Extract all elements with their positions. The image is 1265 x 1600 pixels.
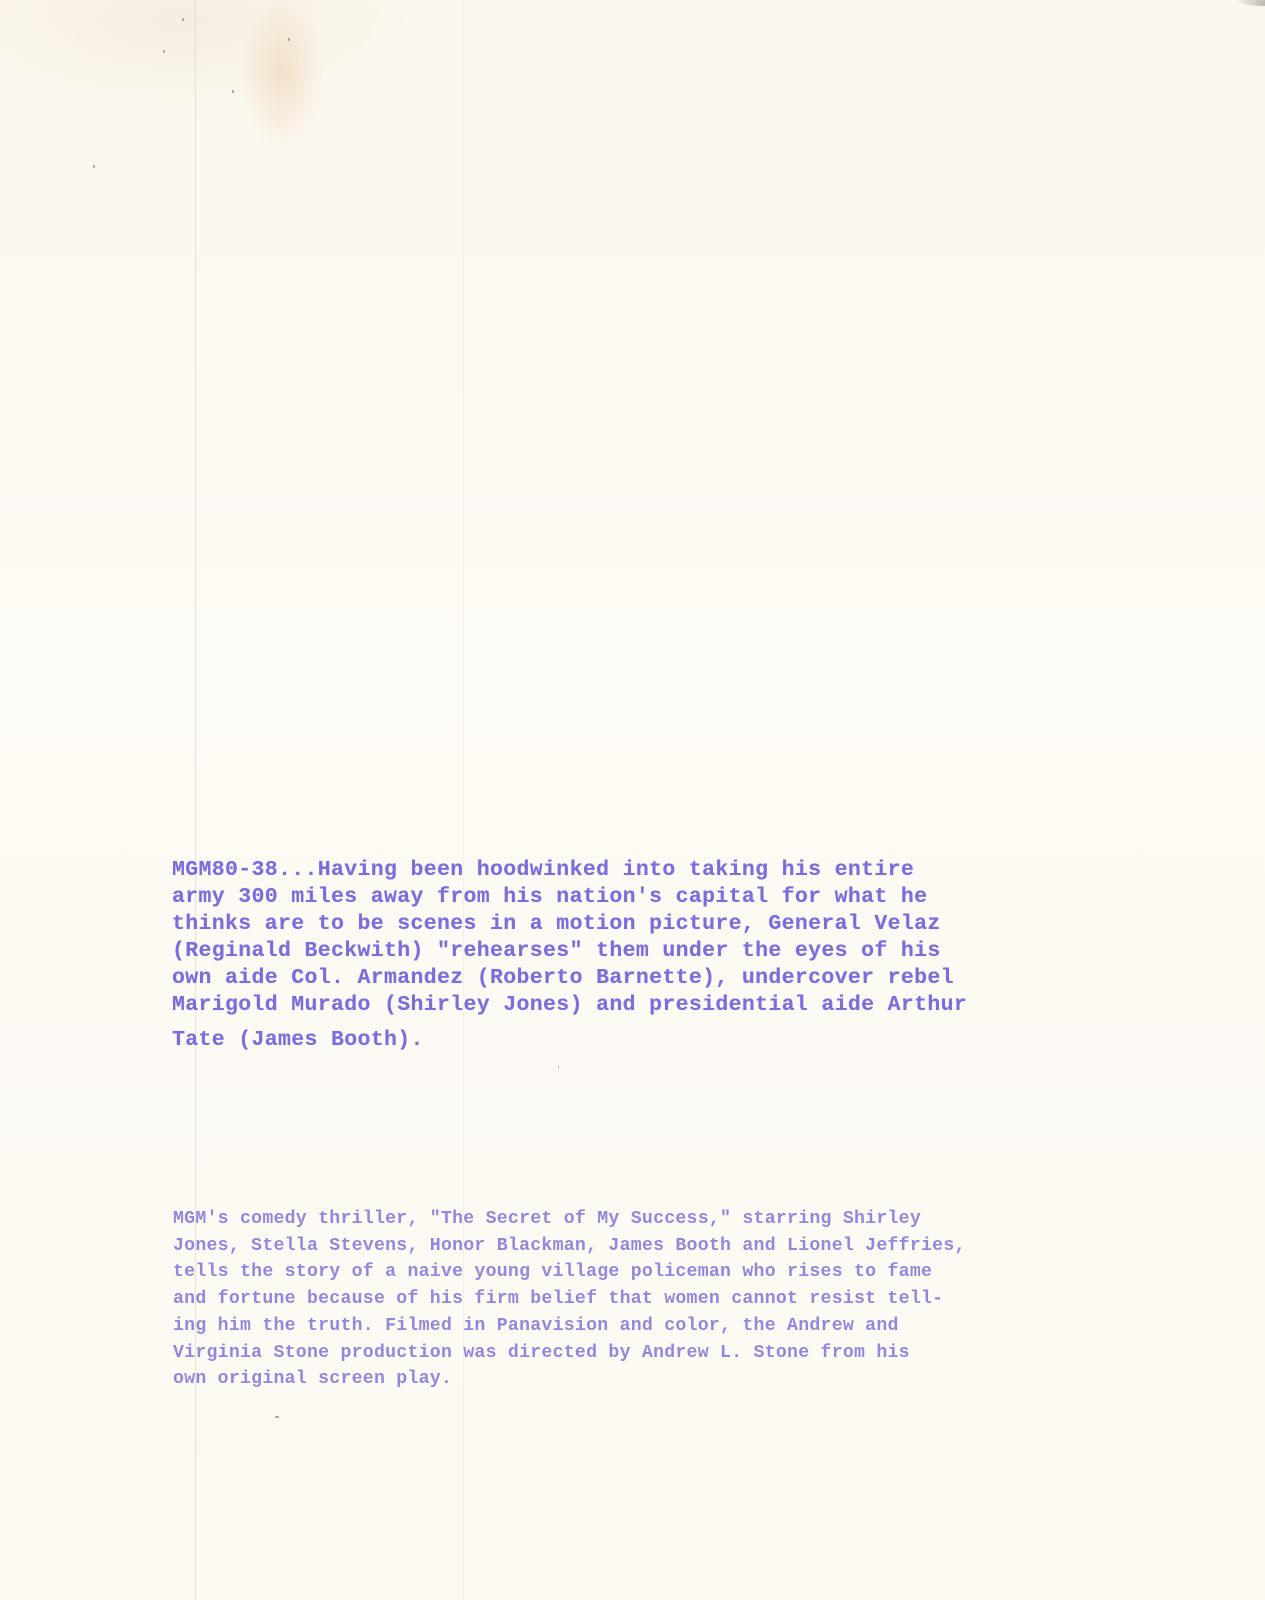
synopsis-line: ing him the truth. Filmed in Panavision … [173, 1313, 1073, 1340]
paper-speck [182, 18, 184, 21]
caption-line: Tate (James Booth). [172, 1027, 1132, 1054]
paper-sheet: MGM80-38...Having been hoodwinked into t… [0, 0, 1265, 1600]
film-synopsis: MGM's comedy thriller, "The Secret of My… [173, 1206, 1073, 1393]
synopsis-line: Virginia Stone production was directed b… [173, 1340, 1073, 1367]
paper-speck [163, 50, 165, 53]
paper-speck [558, 1066, 559, 1068]
caption-line: own aide Col. Armandez (Roberto Barnette… [172, 965, 1132, 992]
paper-speck [232, 90, 234, 93]
paper-speck [93, 165, 95, 168]
photo-caption: MGM80-38...Having been hoodwinked into t… [172, 857, 1132, 1054]
synopsis-line: and fortune because of his firm belief t… [173, 1286, 1073, 1313]
synopsis-line: Jones, Stella Stevens, Honor Blackman, J… [173, 1233, 1073, 1260]
synopsis-line: MGM's comedy thriller, "The Secret of My… [173, 1206, 1073, 1233]
caption-line: army 300 miles away from his nation's ca… [172, 884, 1132, 911]
paper-speck [275, 1416, 279, 1418]
caption-line: Marigold Murado (Shirley Jones) and pres… [172, 992, 1132, 1019]
caption-line: (Reginald Beckwith) "rehearses" them und… [172, 938, 1132, 965]
caption-line: thinks are to be scenes in a motion pict… [172, 911, 1132, 938]
caption-line: MGM80-38...Having been hoodwinked into t… [172, 857, 1132, 884]
paper-corner-curl [1235, 0, 1265, 6]
synopsis-line: own original screen play. [173, 1366, 1073, 1393]
synopsis-line: tells the story of a naive young village… [173, 1259, 1073, 1286]
paper-speck [288, 38, 290, 41]
